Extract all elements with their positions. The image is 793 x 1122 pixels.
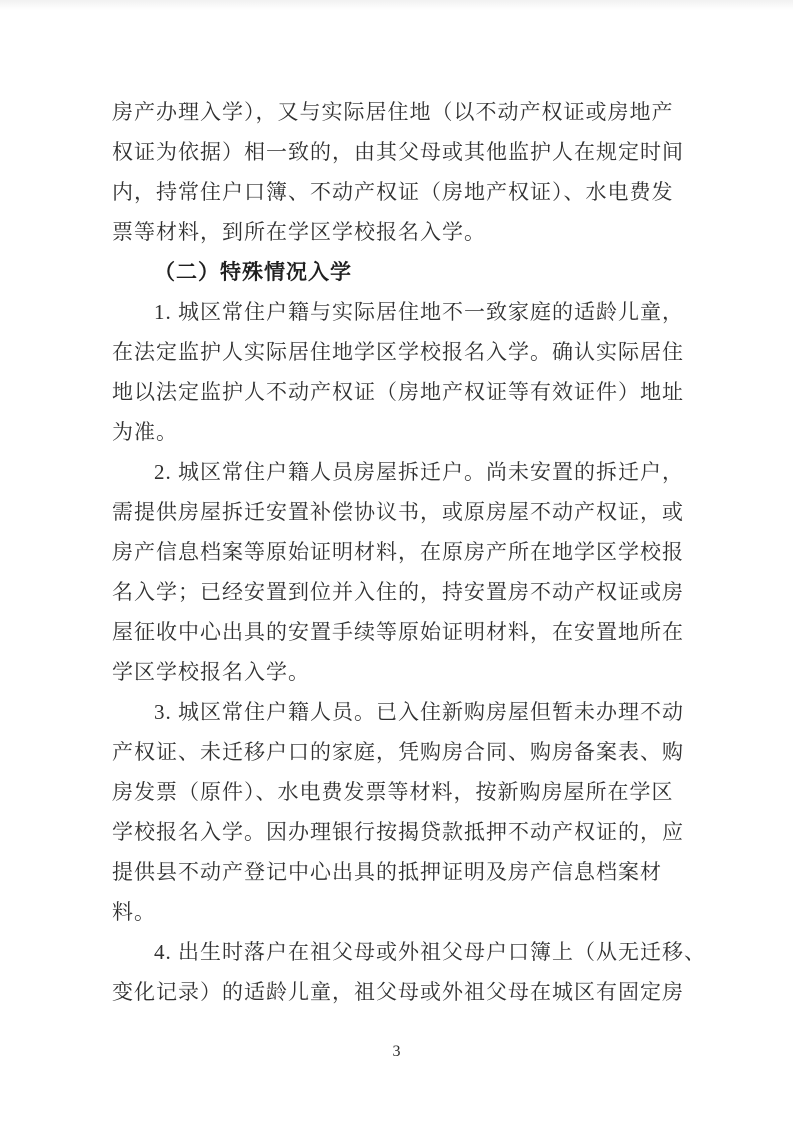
paragraph-item-2: 2. 城区常住户籍人员房屋拆迁户。尚未安置的拆迁户， 需提供房屋拆迁安置补偿协议…	[112, 452, 690, 692]
text-line: 料。	[112, 892, 690, 932]
document-body: 房产办理入学），又与实际居住地（以不动产权证或房地产 权证为依据）相一致的，由其…	[112, 92, 690, 1012]
text-line: 学校报名入学。因办理银行按揭贷款抵押不动产权证的，应	[112, 812, 690, 852]
text-line: 为准。	[112, 412, 690, 452]
text-line: 1. 城区常住户籍与实际居住地不一致家庭的适龄儿童，	[112, 292, 690, 332]
text-line: 票等材料，到所在学区学校报名入学。	[112, 212, 690, 252]
text-line: 3. 城区常住户籍人员。已入住新购房屋但暂未办理不动	[112, 692, 690, 732]
text-line: 房产信息档案等原始证明材料，在原房产所在地学区学校报	[112, 532, 690, 572]
text-line: 4. 出生时落户在祖父母或外祖父母户口簿上（从无迁移、	[112, 932, 690, 972]
page-number: 3	[0, 1038, 793, 1066]
text-line: 需提供房屋拆迁安置补偿协议书，或原房屋不动产权证，或	[112, 492, 690, 532]
text-line: 2. 城区常住户籍人员房屋拆迁户。尚未安置的拆迁户，	[112, 452, 690, 492]
scan-edge	[0, 0, 793, 10]
text-line: 房发票（原件）、水电费发票等材料，按新购房屋所在学区	[112, 772, 690, 812]
text-line: 房产办理入学），又与实际居住地（以不动产权证或房地产	[112, 92, 690, 132]
text-line: 变化记录）的适龄儿童，祖父母或外祖父母在城区有固定房	[112, 972, 690, 1012]
text-line: 名入学；已经安置到位并入住的，持安置房不动产权证或房	[112, 572, 690, 612]
text-line: 地以法定监护人不动产权证（房地产权证等有效证件）地址	[112, 372, 690, 412]
text-line: 权证为依据）相一致的，由其父母或其他监护人在规定时间	[112, 132, 690, 172]
text-line: 内，持常住户口簿、不动产权证（房地产权证）、水电费发	[112, 172, 690, 212]
text-line: 学区学校报名入学。	[112, 652, 690, 692]
paragraph-item-4: 4. 出生时落户在祖父母或外祖父母户口簿上（从无迁移、 变化记录）的适龄儿童，祖…	[112, 932, 690, 1012]
text-line: 产权证、未迁移户口的家庭，凭购房合同、购房备案表、购	[112, 732, 690, 772]
paragraph-item-3: 3. 城区常住户籍人员。已入住新购房屋但暂未办理不动 产权证、未迁移户口的家庭，…	[112, 692, 690, 932]
paragraph-item-1: 1. 城区常住户籍与实际居住地不一致家庭的适龄儿童， 在法定监护人实际居住地学区…	[112, 292, 690, 452]
paragraph-continuation: 房产办理入学），又与实际居住地（以不动产权证或房地产 权证为依据）相一致的，由其…	[112, 92, 690, 252]
section-heading: （二）特殊情况入学	[112, 252, 690, 292]
text-line: 提供县不动产登记中心出具的抵押证明及房产信息档案材	[112, 852, 690, 892]
document-page: 房产办理入学），又与实际居住地（以不动产权证或房地产 权证为依据）相一致的，由其…	[0, 0, 793, 1122]
text-line: 在法定监护人实际居住地学区学校报名入学。确认实际居住	[112, 332, 690, 372]
text-line: 屋征收中心出具的安置手续等原始证明材料，在安置地所在	[112, 612, 690, 652]
